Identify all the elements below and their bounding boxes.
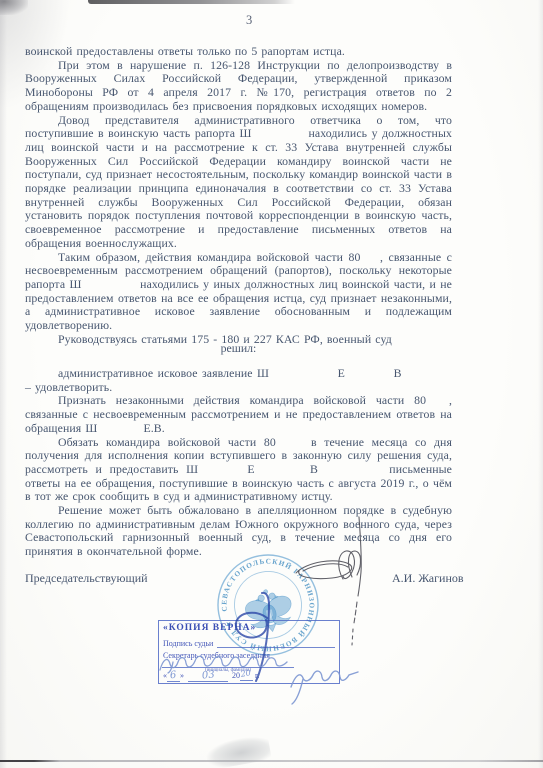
paragraph: Решение может быть обжаловано в апелляци… [25, 504, 452, 559]
paragraph: административное исковое заявление Ш Е В… [25, 367, 452, 394]
stamp-date-line: « 6 » 03 20 20 г. [163, 671, 335, 682]
redaction-gap [273, 376, 333, 377]
paragraph: Признать незаконными действия командира … [25, 394, 452, 435]
handwritten-month: 03 [201, 670, 215, 681]
paragraph: Довод представителя административного от… [25, 114, 452, 251]
redaction-gap [349, 376, 389, 377]
presiding-judge-role-label: Председательствующий [25, 571, 148, 585]
paragraph: Таким образом, действия командира войско… [25, 251, 452, 333]
date-day-blank: 6 [167, 671, 180, 682]
redaction-gap [406, 376, 452, 377]
scanned-court-document-page: 3 воинской предоставлены ответы только п… [0, 0, 543, 768]
date-year-prefix: 20 [232, 671, 240, 680]
resolution-text: административное исковое заявление Ш Е В… [25, 367, 452, 559]
scan-bottom-smudge [204, 734, 272, 768]
date-close-quote: » [180, 671, 184, 680]
paragraph: Обязать командира войсковой части 80 в т… [25, 436, 452, 505]
scan-left-edge-shadow [0, 0, 7, 768]
judge-signature-label: Подпись судьи [163, 639, 213, 648]
presiding-judge-name: А.И. Жагинов [392, 571, 464, 586]
redaction-gap [206, 472, 240, 473]
handwritten-year: 20 [240, 669, 251, 679]
redaction-gap [86, 287, 136, 288]
secretary-label: Секретарь судебного заседания [163, 651, 270, 660]
copy-certification-stamp: «КОПИЯ ВЕРНА» Подпись судьи Секретарь су… [158, 620, 340, 684]
decision-reasoning-text: воинской предоставлены ответы только по … [25, 45, 452, 346]
redaction-gap [436, 403, 449, 404]
scan-top-left-artifact [0, 0, 28, 15]
copy-stamp-title: «КОПИЯ ВЕРНА» [163, 623, 256, 633]
scan-right-edge-shadow [538, 0, 543, 768]
handwritten-day: 6 [170, 671, 177, 682]
redaction-gap [366, 260, 380, 261]
judge-signature-line: Подпись судьи [163, 638, 335, 648]
date-suffix: г. [255, 671, 259, 680]
scan-top-artifact-band [88, 0, 295, 4]
date-year-blank: 20 [240, 671, 253, 681]
date-month-blank: 03 [188, 671, 228, 682]
signature-blank-line [217, 638, 335, 648]
redaction-gap [283, 445, 303, 446]
redaction-gap [256, 136, 304, 137]
redaction-gap [101, 431, 139, 432]
paragraph: При этом в нарушение п. 126-128 Инструкц… [25, 59, 452, 114]
page-number: 3 [246, 13, 252, 28]
redaction-gap [262, 472, 302, 473]
paragraph: воинской предоставлены ответы только по … [25, 45, 452, 59]
resolution-heading: решил: [25, 341, 452, 356]
scan-bottom-edge-line [0, 760, 543, 762]
redaction-gap [326, 472, 382, 473]
